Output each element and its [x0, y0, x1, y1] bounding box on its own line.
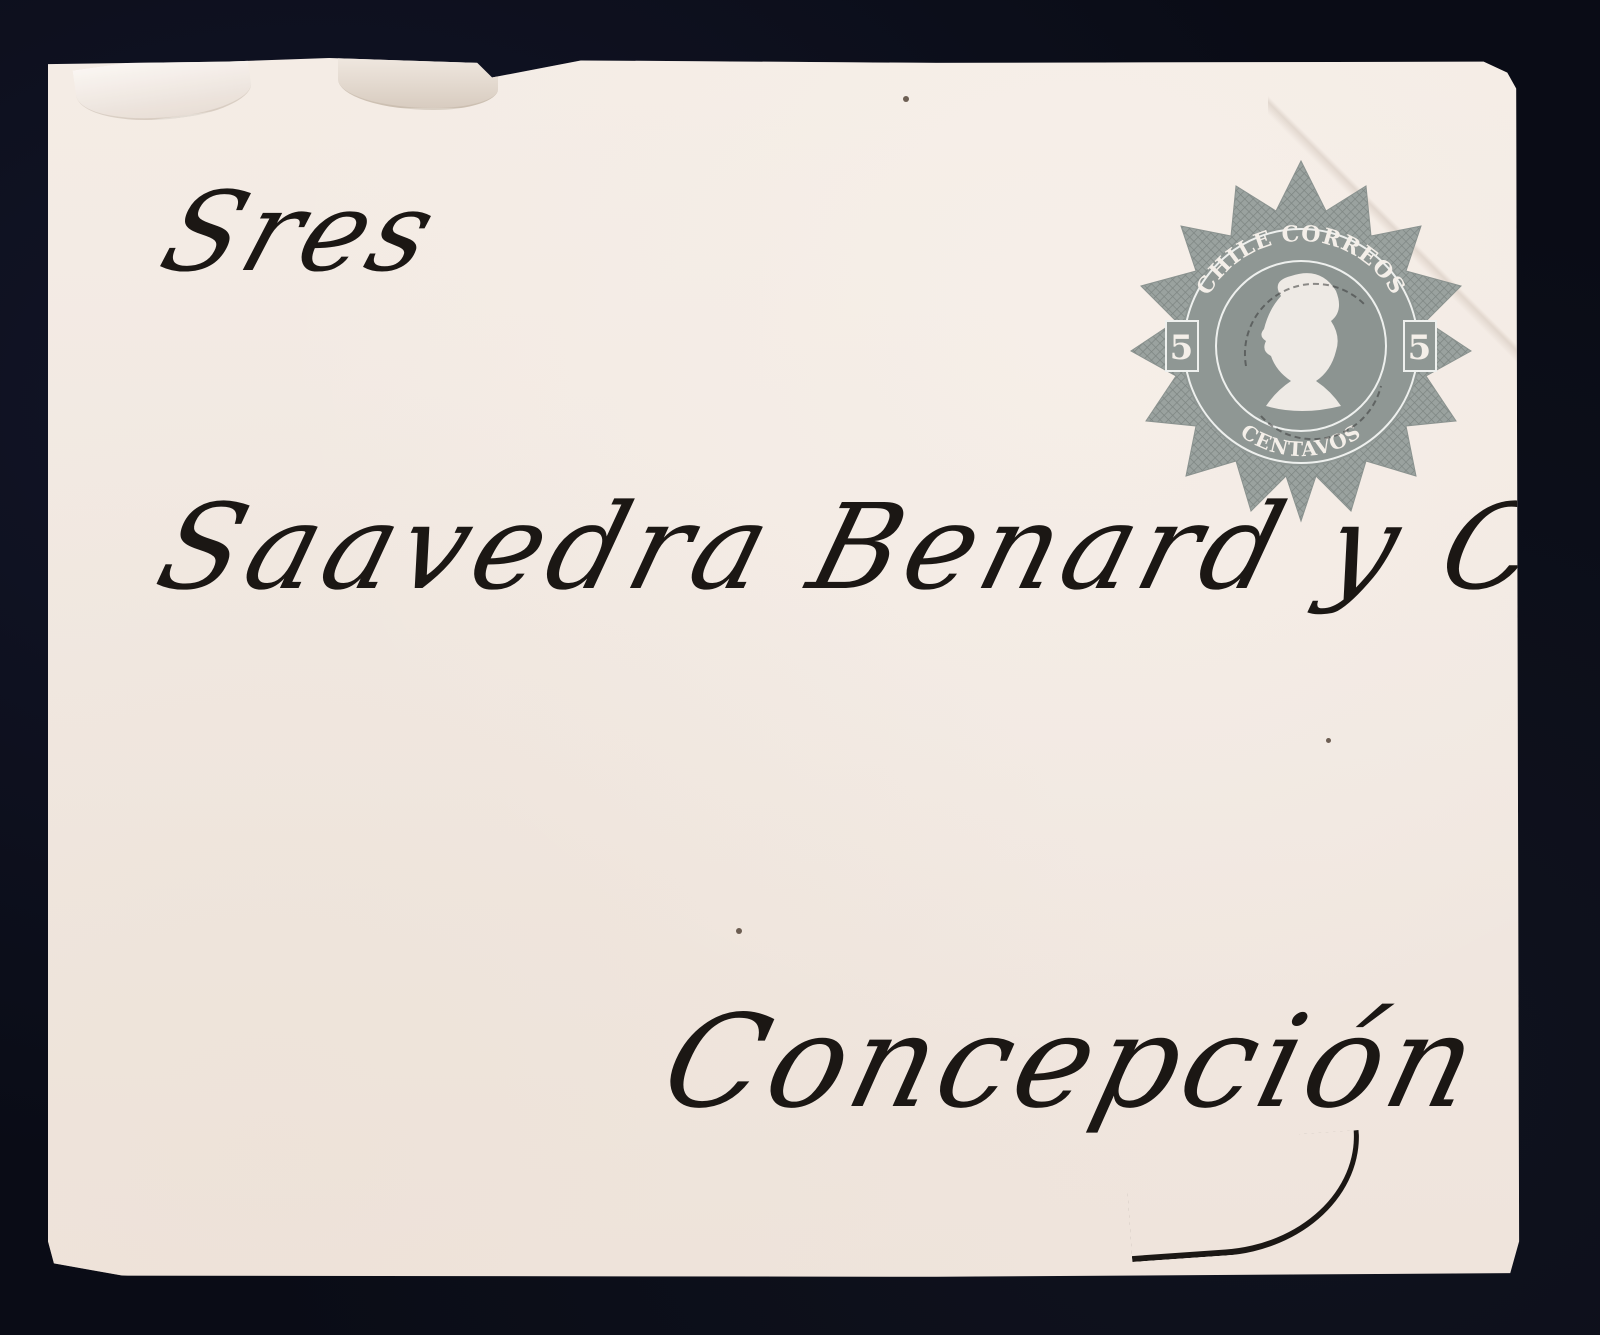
salutation-handwriting: Sres [147, 168, 454, 296]
imprinted-stamp: 5 5 CHILE CORREOS CENTAVOS [1126, 156, 1476, 526]
underline-flourish [1124, 1130, 1367, 1262]
paper-speck [1326, 738, 1331, 743]
stamp-value-right: 5 [1408, 328, 1433, 368]
city-handwriting: Concepción [649, 988, 1495, 1137]
stamp-value-left: 5 [1170, 328, 1195, 368]
envelope: Sres Saavedra Benard y Ca Concepción [48, 58, 1528, 1278]
torn-edge [338, 58, 498, 110]
paper-speck [736, 928, 742, 934]
paper-speck [903, 96, 909, 102]
stamp-graphic: 5 5 CHILE CORREOS CENTAVOS [1126, 156, 1476, 526]
